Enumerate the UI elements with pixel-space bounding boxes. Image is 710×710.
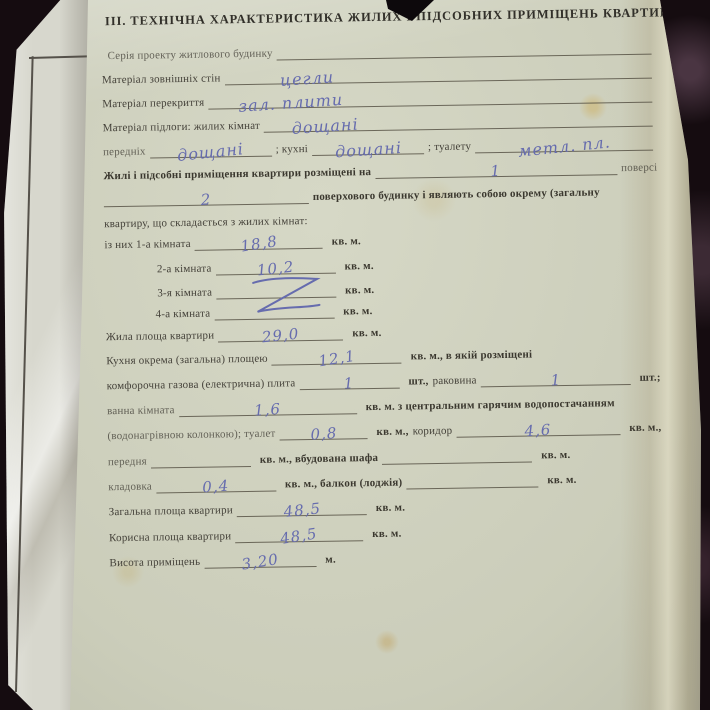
floor-located-line: 1 xyxy=(375,158,617,179)
bath-line: 1,6 xyxy=(179,397,357,417)
stove-label: комфорочна газова (електрична) плита xyxy=(107,376,296,393)
living-area-unit: кв. м. xyxy=(352,326,381,340)
toilet-value: 0,8 xyxy=(310,426,338,442)
row-useful-area: Корисна площа квартири 48,5 кв. м. xyxy=(109,522,402,546)
floors-line: дощані xyxy=(264,110,653,133)
hall-floor-line: дощані xyxy=(150,140,272,159)
sink-unit: шт.; xyxy=(639,371,660,385)
walls-line: цегли xyxy=(224,62,652,86)
corridor-value: 4,6 xyxy=(524,423,552,439)
toilet-floor-label: ; туалету xyxy=(428,139,471,154)
walls-value: цегли xyxy=(279,70,334,88)
row-walls: Матеріал зовнішніх стін цегли xyxy=(102,60,656,88)
living-area-line: 29,0 xyxy=(218,323,343,342)
technical-characteristics-form: ІІІ. ТЕХНІЧНА ХАРАКТЕРИСТИКА ЖИЛИХ І ПІД… xyxy=(0,0,710,710)
ceiling-line: зал. плити xyxy=(208,86,652,110)
sink-line: 1 xyxy=(481,368,631,387)
room2-unit: кв. м. xyxy=(344,259,373,273)
row-apartment-line: квартиру, що складається з жилих кімнат: xyxy=(104,209,308,231)
bath-value: 1,6 xyxy=(254,402,282,418)
floors-label: Матеріал підлоги: жилих кімнат xyxy=(103,119,261,135)
useful-area-value: 48,5 xyxy=(280,526,319,546)
kitchen-value: 12,1 xyxy=(317,349,356,369)
row-hall: передня кв. м., вбудована шафа кв. м. xyxy=(108,443,571,469)
kitchen-line: 12,1 xyxy=(272,347,402,366)
toilet-label: (водонагрівною колонкою); туалет xyxy=(107,427,275,444)
row-series: Серія проекту житлового будинку xyxy=(107,36,655,64)
total-area-label: Загальна площа квартири xyxy=(109,503,233,519)
room1-unit: кв. м. xyxy=(332,234,361,248)
height-label: Висота приміщень xyxy=(109,555,200,570)
stove-unit: шт., xyxy=(408,374,428,388)
row-living-area: Жила площа квартири 29,0 кв. м. xyxy=(106,321,382,344)
total-area-line: 48,5 xyxy=(237,498,367,517)
closet-line xyxy=(382,448,532,465)
row-total-area: Загальна площа квартири 48,5 кв. м. xyxy=(109,496,406,520)
useful-area-line: 48,5 xyxy=(235,524,363,543)
ceiling-label: Матеріал перекриття xyxy=(102,96,204,112)
room4-unit: кв. м. xyxy=(343,304,372,318)
room1-label: із них 1-а кімната xyxy=(104,237,190,252)
floor-located-value: 1 xyxy=(490,164,501,179)
form-title: ІІІ. ТЕХНІЧНА ХАРАКТЕРИСТИКА ЖИЛИХ І ПІД… xyxy=(105,5,665,29)
form-page: ІІІ. ТЕХНІЧНА ХАРАКТЕРИСТИКА ЖИЛИХ І ПІД… xyxy=(0,0,710,710)
living-area-value: 29,0 xyxy=(261,327,300,345)
toilet-line: 0,8 xyxy=(279,422,367,440)
corridor-label: коридор xyxy=(413,424,453,439)
walls-label: Матеріал зовнішніх стін xyxy=(102,71,221,87)
balcony-unit: кв. м. xyxy=(547,473,576,487)
rooms-crossed-out-mark xyxy=(245,273,326,320)
toilet-floor-line: метл. пл. xyxy=(475,134,653,154)
stove-line: 1 xyxy=(299,372,399,391)
hall-unit: кв. м., вбудована шафа xyxy=(260,451,379,467)
storeys-line: 2 xyxy=(104,187,309,207)
height-value: 3,20 xyxy=(241,552,280,572)
room4-label: 4-а кімната xyxy=(155,307,210,322)
hall-floor-value: дощані xyxy=(177,142,245,163)
row-kitchen: Кухня окрема (загальна) площею 12,1 кв. … xyxy=(106,343,532,369)
row-floors: Матеріал підлоги: жилих кімнат дощані xyxy=(102,108,656,136)
row-floor-materials: передніх дощані ; кухні дощані ; туалету… xyxy=(103,132,657,160)
kitchen-label: Кухня окрема (загальна) площею xyxy=(106,352,268,369)
hall-line xyxy=(151,452,251,469)
floor-located-suffix: поверсі xyxy=(621,161,657,176)
row-height: Висота приміщень 3,20 м. xyxy=(109,548,336,571)
pantry-value: 0,4 xyxy=(202,479,230,495)
storeys-value: 2 xyxy=(201,192,212,207)
row-bath: ванна кімната 1,6 кв. м. з центральним г… xyxy=(107,391,661,419)
bath-suffix: кв. м. з центральним гарячим водопостача… xyxy=(366,396,615,414)
ceiling-value: зал. плити xyxy=(238,93,344,114)
toilet-floor-value: метл. пл. xyxy=(517,135,611,158)
stove-value: 1 xyxy=(344,376,355,391)
total-area-unit: кв. м. xyxy=(376,501,405,515)
height-unit: м. xyxy=(325,553,336,567)
floors-value: дощані xyxy=(292,117,360,136)
room2-label: 2-а кімната xyxy=(157,262,212,277)
kitchen-floor-value: дощані xyxy=(334,141,402,160)
total-area-value: 48,5 xyxy=(283,501,322,519)
row-pantry: кладовка 0,4 кв. м., балкон (лоджія) кв.… xyxy=(108,468,577,494)
floor-located-label: Жилі і підсобні приміщення квартири розм… xyxy=(103,165,371,183)
height-line: 3,20 xyxy=(204,550,316,569)
hall-floor-label: передніх xyxy=(103,145,146,160)
sink-label: раковина xyxy=(432,373,476,388)
balcony-line xyxy=(406,472,538,489)
row-toilet: (водонагрівною колонкою); туалет 0,8 кв.… xyxy=(107,416,661,444)
pantry-label: кладовка xyxy=(108,480,152,495)
corridor-unit: кв. м., xyxy=(629,421,661,436)
bath-label: ванна кімната xyxy=(107,403,175,418)
row-room1: із них 1-а кімната 18,8 кв. м. xyxy=(104,229,361,252)
apartment-line-text: квартиру, що складається з жилих кімнат: xyxy=(104,214,308,231)
corridor-line: 4,6 xyxy=(456,418,620,438)
kitchen-floor-label: ; кухні xyxy=(276,142,309,157)
closet-unit: кв. м. xyxy=(541,448,570,462)
room1-value: 18,8 xyxy=(239,234,278,254)
pantry-unit: кв. м., балкон (лоджія) xyxy=(285,476,403,492)
storeys-text: поверхового будинку і являють собою окре… xyxy=(313,185,600,204)
series-line xyxy=(276,40,651,61)
photo-background: ІІІ. ТЕХНІЧНА ХАРАКТЕРИСТИКА ЖИЛИХ І ПІД… xyxy=(0,0,710,710)
kitchen-suffix: кв. м., в якій розміщені xyxy=(411,348,533,364)
sink-value: 1 xyxy=(550,373,561,388)
room3-label: 3-я кімната xyxy=(157,286,212,301)
kitchen-floor-line: дощані xyxy=(312,137,424,156)
useful-area-unit: кв. м. xyxy=(372,527,401,541)
living-area-label: Жила площа квартири xyxy=(106,329,215,345)
useful-area-label: Корисна площа квартири xyxy=(109,529,231,545)
room1-line: 18,8 xyxy=(195,232,323,251)
hall-label: передня xyxy=(108,455,147,470)
row-stove: комфорочна газова (електрична) плита 1 ш… xyxy=(107,366,661,394)
series-label: Серія проекту житлового будинку xyxy=(107,47,272,64)
pantry-line: 0,4 xyxy=(156,475,276,494)
row-storeys: 2 поверхового будинку і являють собою ок… xyxy=(104,180,658,208)
row-ceiling: Матеріал перекриття зал. плити xyxy=(102,84,656,112)
room3-unit: кв. м. xyxy=(345,283,374,297)
toilet-unit: кв. м., xyxy=(376,424,408,439)
